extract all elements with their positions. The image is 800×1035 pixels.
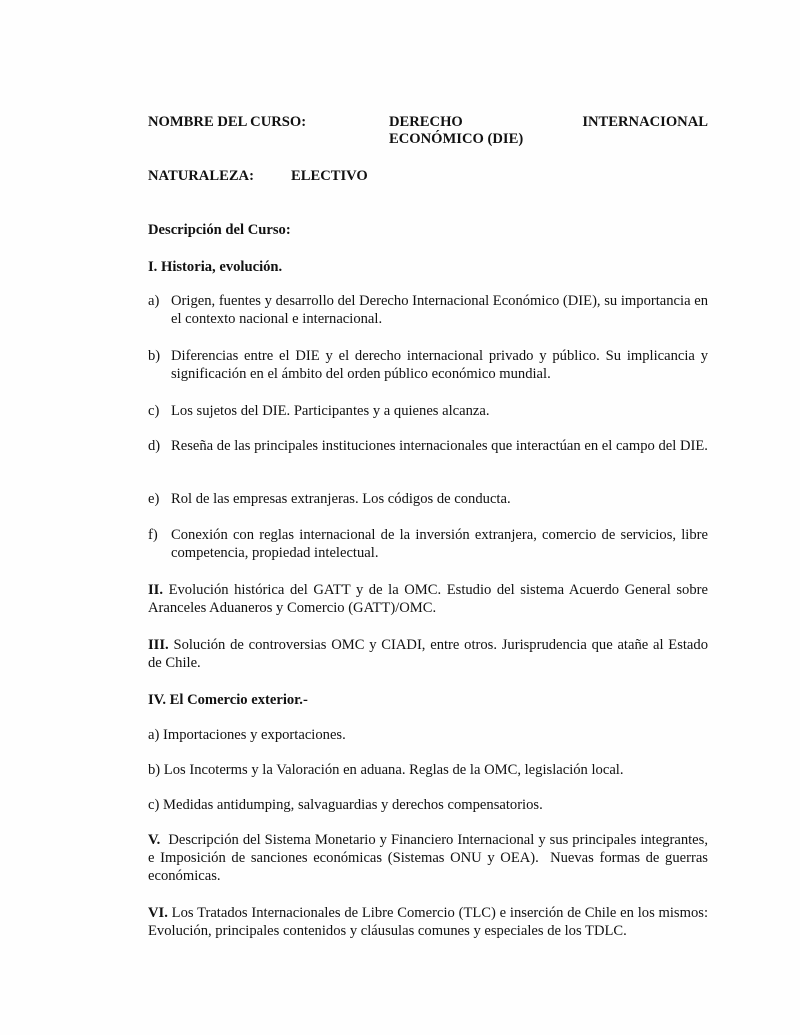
section-6-text: Los Tratados Internacionales de Libre Co… <box>148 905 708 939</box>
list-item: d) Reseña de las principales institucion… <box>148 437 708 455</box>
list-item-text: Rol de las empresas extranjeras. Los cód… <box>171 490 708 508</box>
section-4-heading: IV. El Comercio exterior.- <box>148 691 708 709</box>
list-item: c) Medidas antidumping, salvaguardias y … <box>148 796 708 814</box>
section-5-text: Descripción del Sistema Monetario y Fina… <box>148 832 712 884</box>
list-item-text: Diferencias entre el DIE y el derecho in… <box>171 347 708 383</box>
nature-value: ELECTIVO <box>291 167 368 185</box>
list-marker: c) <box>148 402 159 420</box>
list-marker: e) <box>148 490 159 508</box>
list-marker: a) <box>148 292 159 310</box>
section-2-text: Evolución histórica del GATT y de la OMC… <box>148 582 708 616</box>
document-page: NOMBRE DEL CURSO: DERECHO INTERNACIONAL … <box>0 0 800 1035</box>
list-marker: f) <box>148 526 158 544</box>
course-name-word2: INTERNACIONAL <box>572 113 708 131</box>
section-6-paragraph: VI. Los Tratados Internacionales de Libr… <box>148 904 708 940</box>
list-marker: d) <box>148 437 160 455</box>
course-label: NOMBRE DEL CURSO: <box>148 113 306 131</box>
list-item: f) Conexión con reglas internacional de … <box>148 526 708 562</box>
list-item-text: Reseña de las principales instituciones … <box>171 437 708 455</box>
section-3-text: Solución de controversias OMC y CIADI, e… <box>148 637 708 671</box>
section-3-numeral: III. <box>148 637 169 653</box>
list-item: b) Los Incoterms y la Valoración en adua… <box>148 761 708 779</box>
list-item: a) Origen, fuentes y desarrollo del Dere… <box>148 292 708 328</box>
nature-label: NATURALEZA: <box>148 167 254 185</box>
list-item: b) Diferencias entre el DIE y el derecho… <box>148 347 708 383</box>
section-6-numeral: VI. <box>148 905 168 921</box>
course-name-word1: DERECHO <box>389 113 463 131</box>
section-5-paragraph: V. Descripción del Sistema Monetario y F… <box>148 831 708 885</box>
list-item: a) Importaciones y exportaciones. <box>148 726 708 744</box>
description-heading: Descripción del Curso: <box>148 221 708 239</box>
list-item-text: Los sujetos del DIE. Participantes y a q… <box>171 402 708 420</box>
list-item: c) Los sujetos del DIE. Participantes y … <box>148 402 708 420</box>
section-2-paragraph: II. Evolución histórica del GATT y de la… <box>148 581 708 617</box>
list-marker: b) <box>148 347 160 365</box>
section-2-numeral: II. <box>148 582 163 598</box>
section-5-numeral: V. <box>148 832 160 848</box>
list-item-text: Conexión con reglas internacional de la … <box>171 526 708 562</box>
list-item-text: Origen, fuentes y desarrollo del Derecho… <box>171 292 708 328</box>
section-3-paragraph: III. Solución de controversias OMC y CIA… <box>148 636 708 672</box>
list-item: e) Rol de las empresas extranjeras. Los … <box>148 490 708 508</box>
section-1-heading: I. Historia, evolución. <box>148 258 708 276</box>
course-name-line2: ECONÓMICO (DIE) <box>389 130 523 148</box>
